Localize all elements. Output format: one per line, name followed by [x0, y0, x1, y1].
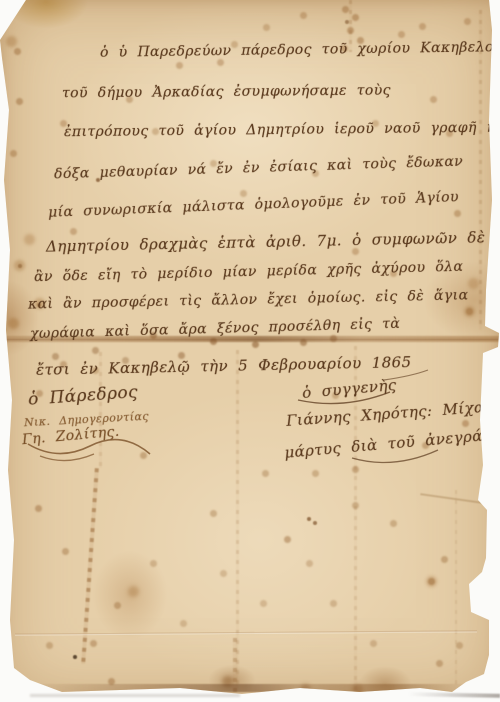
handwritten-line-7: ἂν ὅδε εἴη τὸ μερίδιο μίαν μερίδα χρῆς ἀ…: [34, 259, 464, 285]
handwritten-line-2: τοῦ δήμου Ἀρκαδίας ἐσυμφωνήσαμε τοὺς: [62, 83, 391, 102]
fold-crease-vertical-center-tail: [233, 638, 237, 692]
date-line: ἔτσι ἐν Κακηβελῷ τὴν 5 Φεβρουαρίου 1865: [36, 353, 412, 379]
signature-left-title: ὁ Πάρεδρος: [27, 382, 138, 410]
bottom-edge-dirt: [20, 684, 472, 692]
diagonal-crease: [420, 493, 490, 505]
handwritten-line-8: καὶ ἂν προσφέρει τὶς ἄλλον ἔχει ὁμοίως. …: [28, 287, 469, 312]
stain-speckles-upper: [0, 0, 7, 7]
minor-crease-horizontal: [15, 630, 477, 635]
handwritten-line-5: μία συνωρισκία μάλιστα ὁμολογοῦμε ἐν τοῦ…: [48, 189, 459, 221]
right-edge-browning: [479, 10, 482, 330]
handwritten-line-4: δόξα μεθαυρίαν νά ἔν ἐν ἐσίαις καὶ τοὺς …: [54, 154, 464, 183]
signature-right-witness: μάρτυς διὰ τοῦ ἀνεγράφησαν: [284, 422, 500, 462]
fold-crease-vertical-right: [354, 346, 357, 690]
stain-blotches: [0, 0, 11, 11]
fold-crease-vertical-left: [81, 468, 99, 664]
scanned-letter: ὁ ὑ Παρεδρεύων πάρεδρος τοῦ χωρίου Κακηβ…: [0, 0, 500, 702]
stain-speckles-lower: [0, 0, 7, 7]
scanner-shadow-bottom-right: [408, 692, 500, 698]
fold-crease-vertical-far-right: [455, 490, 457, 685]
scanner-shadow-bottom-left: [30, 694, 240, 697]
signature-flourish: [0, 0, 500, 702]
stain-speckles-middle: [0, 0, 7, 7]
handwritten-line-3: ἐπιτρόπους τοῦ ἁγίου Δημητρίου ἱεροῦ ναο…: [64, 120, 496, 141]
stain-dark-specks: [0, 0, 4, 4]
fold-crease-vertical-center: [236, 350, 239, 690]
handwritten-line-1: ὁ ὑ Παρεδρεύων πάρεδρος τοῦ χωρίου Κακηβ…: [100, 39, 500, 61]
handwritten-line-9: χωράφια καὶ ὅσα ἄρα ξένος προσέλθη εἰς τ…: [30, 316, 401, 342]
paper-sheet: ὁ ὑ Παρεδρεύων πάρεδρος τοῦ χωρίου Κακηβ…: [0, 0, 500, 702]
signature-right-title: ὁ συγγενὴς: [301, 376, 397, 402]
handwritten-line-6: Δημητρίου δραχμὰς ἑπτὰ ἀριθ. 7μ. ὁ συμφω…: [46, 228, 486, 255]
signature-right-name: Γιάννης Χηρότης: Μίχα: [286, 398, 485, 430]
